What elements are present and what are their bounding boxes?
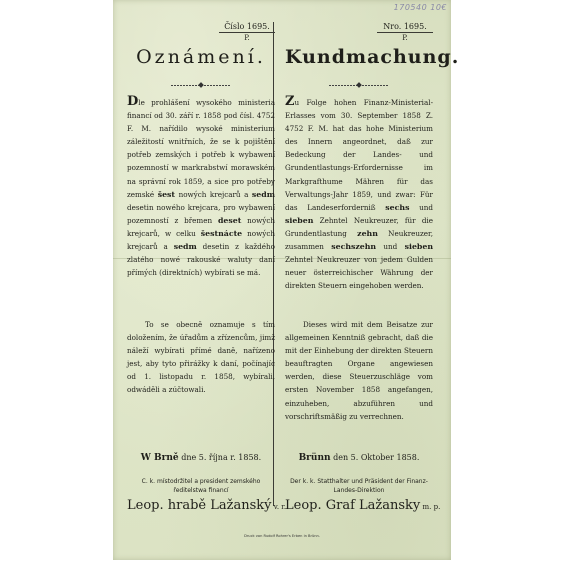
german-paragraph-2: Dieses wird mit dem Beisatze zur allgeme…	[285, 318, 433, 423]
german-signature-name: Leop. Graf Lažansky	[285, 498, 420, 513]
emphasized-amount: zehn	[357, 229, 378, 238]
drop-cap: Z	[285, 94, 295, 109]
pencil-annotation: 170540 10€	[394, 3, 447, 12]
czech-paragraph-1-text: le prohlášení wysokého ministeria financ…	[127, 98, 275, 277]
czech-place: W Brně	[141, 453, 179, 463]
reference-number: Nro. 1695. P.	[377, 22, 433, 42]
german-signature-suffix: m. p.	[420, 503, 440, 511]
emphasized-amount: deset	[218, 216, 241, 225]
emphasized-amount: sechs	[385, 203, 409, 212]
emphasized-amount: sedm	[252, 190, 275, 199]
czech-signature-name: Leop. hrabě Lažanský	[127, 498, 271, 513]
czech-signature: Leop. hrabě Lažanský v. r.	[127, 498, 275, 513]
emphasized-amount: šestnácte	[201, 229, 242, 238]
german-heading: Kundmachung.	[285, 46, 433, 68]
czech-paragraph-2: To se obecně oznamuje s tím doložením, ž…	[127, 318, 275, 397]
reference-number: Číslo 1695. P.	[219, 22, 275, 42]
czech-signature-suffix: v. r.	[271, 503, 286, 511]
czech-date: dne 5. října r. 1858.	[179, 453, 262, 462]
emphasized-amount: sieben	[405, 242, 433, 251]
czech-office-title: C. k. místodržitel a president zemského …	[127, 477, 275, 495]
reference-number-text: Číslo 1695.	[219, 22, 275, 33]
czech-place-date: W Brně dne 5. října r. 1858.	[127, 453, 275, 463]
ornament-divider	[171, 84, 231, 87]
german-signature: Leop. Graf Lažansky m. p.	[285, 498, 433, 513]
emphasized-amount: sieben	[285, 216, 313, 225]
reference-number-suffix: P.	[377, 34, 433, 42]
emphasized-amount: sechszehn	[331, 242, 376, 251]
reference-number-suffix: P.	[219, 34, 275, 42]
reference-number-text: Nro. 1695.	[377, 22, 433, 33]
german-paragraph-1: Zu Folge hohen Finanz-Ministerial-Erlass…	[285, 96, 433, 292]
german-date: den 5. Oktober 1858.	[331, 453, 420, 462]
emphasized-amount: sedm	[174, 242, 197, 251]
emphasized-amount: šest	[158, 190, 175, 199]
german-office-title: Der k. k. Statthalter und Präsident der …	[285, 477, 433, 495]
czech-heading: Oznámení.	[127, 46, 275, 68]
ornament-divider	[329, 84, 389, 87]
proclamation-sheet: 170540 10€ Číslo 1695. P. Oznámení. Dle …	[113, 0, 451, 560]
german-place: Brünn	[299, 453, 331, 463]
drop-cap: D	[127, 94, 138, 109]
german-paragraph-1-text: u Folge hohen Finanz-Ministerial-Erlasse…	[285, 98, 433, 290]
czech-paragraph-1: Dle prohlášení wysokého ministeria finan…	[127, 96, 275, 279]
german-place-date: Brünn den 5. Oktober 1858.	[285, 453, 433, 463]
printer-imprint: Druck von Rudolf Rohrer's Erben in Brünn…	[113, 534, 451, 538]
